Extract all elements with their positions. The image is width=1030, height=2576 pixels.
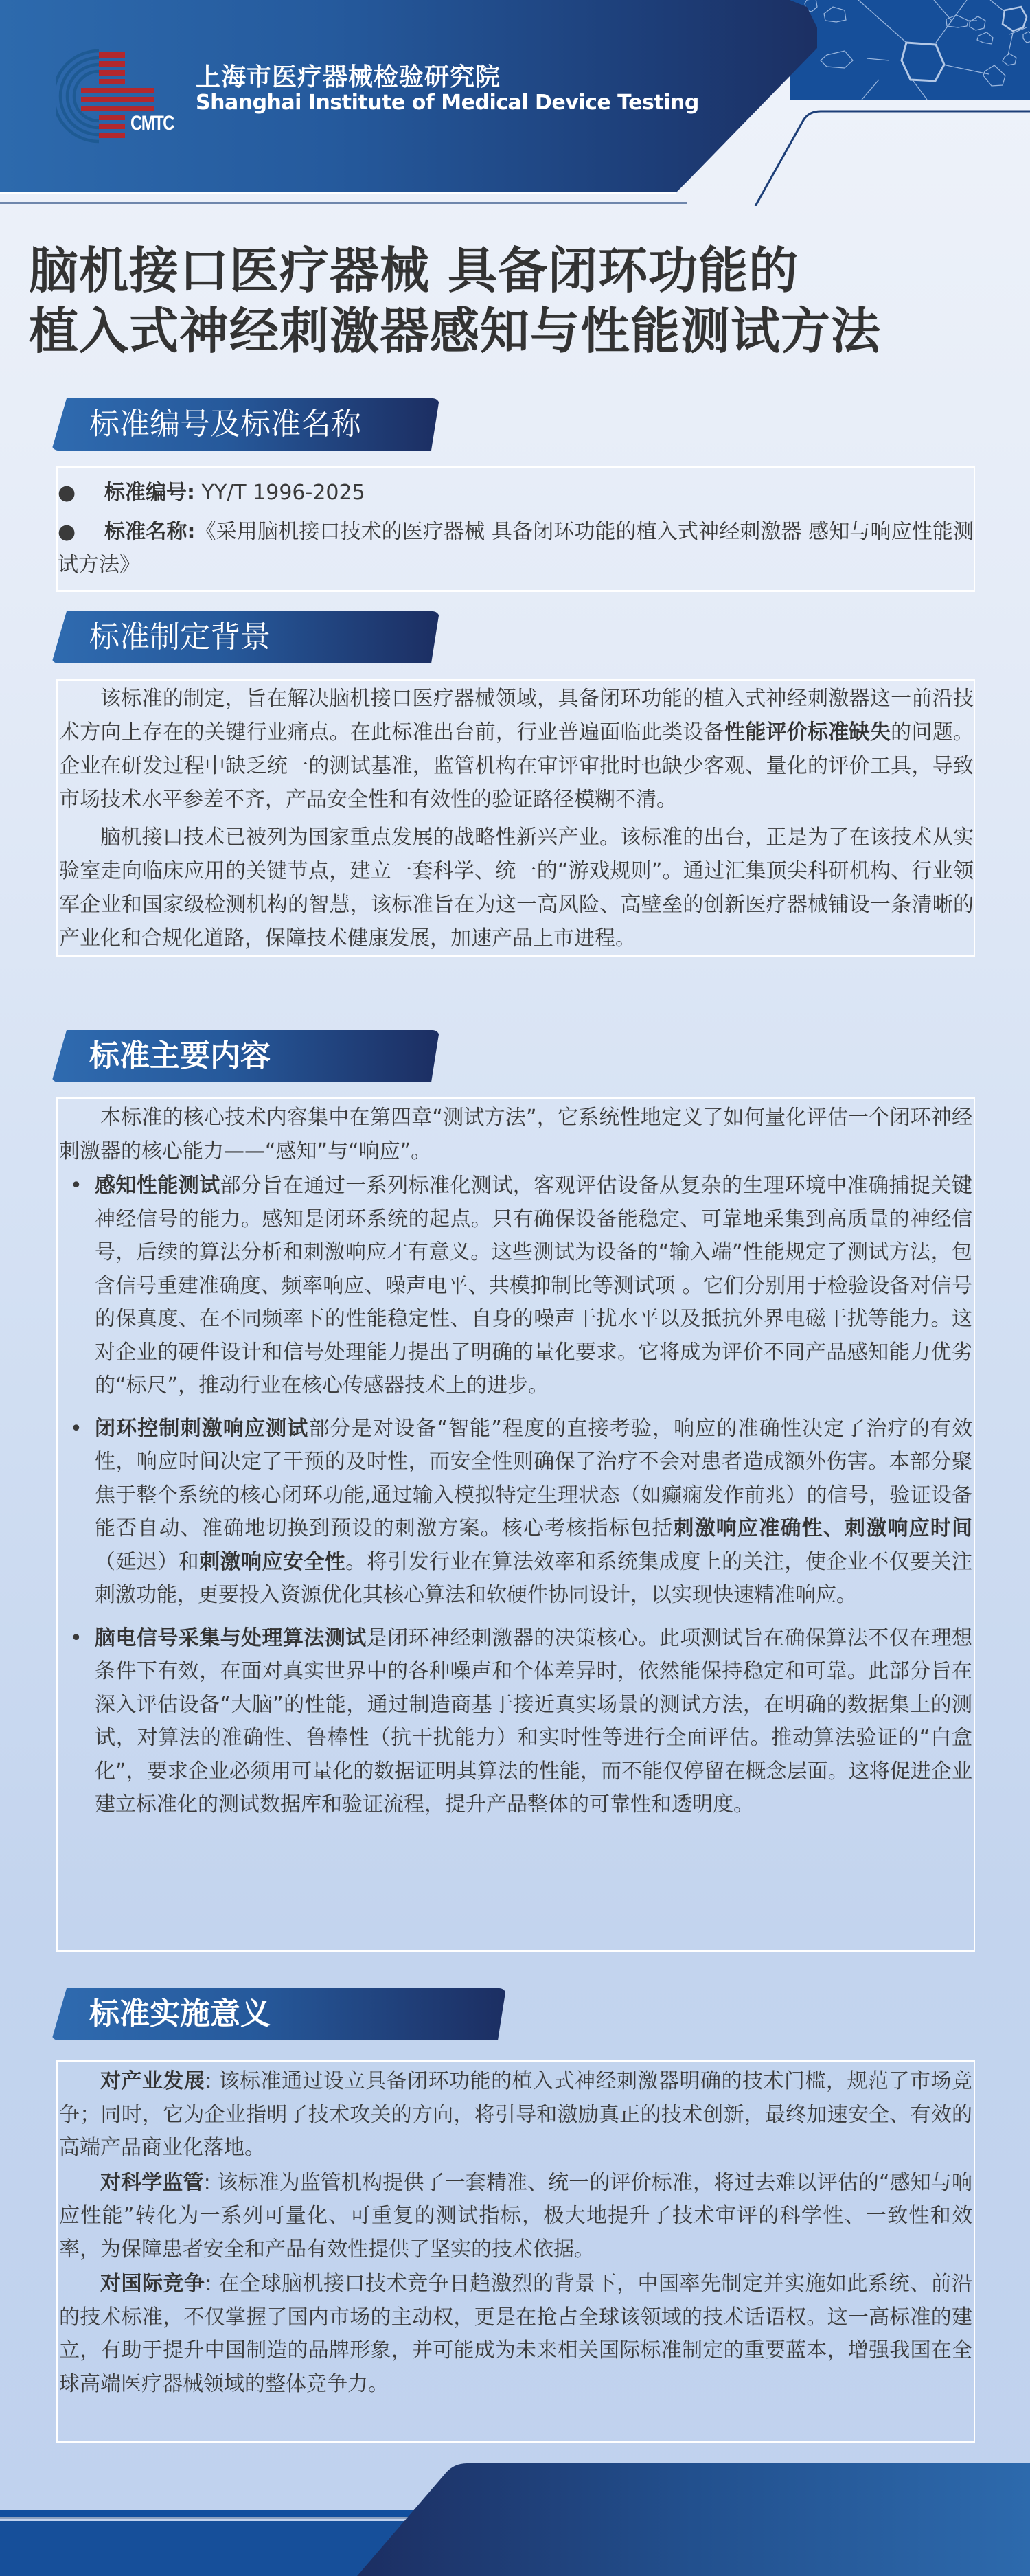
standard-info-box: ● 标准编号: YY/T 1996-2025 ●标准名称:《采用脑机接口技术的医… — [56, 466, 975, 592]
significance-label: 对国际竞争 — [100, 2272, 205, 2296]
standard-name-value: 《采用脑机接口技术的医疗器械 具备闭环功能的植入式神经刺激器 感知与响应性能测试… — [58, 520, 974, 577]
bullet-icon: • — [70, 1622, 82, 1656]
standard-number-label: 标准编号: — [104, 481, 195, 505]
header-divider-curve — [687, 110, 1030, 206]
significance-industry: 对产业发展: 该标准通过设立具备闭环功能的植入式神经刺激器明确的技术门槛，规范了… — [59, 2065, 972, 2165]
page-title-line-2: 植入式神经刺激器感知与性能测试方法 — [29, 301, 1018, 361]
bullet-icon: • — [70, 1413, 82, 1446]
standard-number-value: YY/T 1996-2025 — [195, 481, 365, 505]
page-title: 脑机接口医疗器械 具备闭环功能的 植入式神经刺激器感知与性能测试方法 — [29, 240, 1018, 361]
standard-name-label: 标准名称: — [104, 520, 196, 544]
list-item-sensing-test: • 感知性能测试部分旨在通过一系列标准化测试，客观评估设备从复杂的生理环境中准确… — [59, 1170, 972, 1403]
standard-name-item: ●标准名称:《采用脑机接口技术的医疗器械 具备闭环功能的植入式神经刺激器 感知与… — [58, 516, 974, 582]
section-heading-main-content: 标准主要内容 — [51, 1030, 439, 1082]
highlight-text: 性能评价标准缺失 — [724, 720, 891, 744]
page-title-line-1: 脑机接口医疗器械 具备闭环功能的 — [29, 240, 1018, 301]
bullet-icon: • — [70, 1170, 82, 1203]
institute-name-en: Shanghai Institute of Medical Device Tes… — [196, 91, 699, 115]
background-paragraph-1: 该标准的制定，旨在解决脑机接口医疗器械领域，具备闭环功能的植入式神经刺激器这一前… — [59, 682, 974, 817]
background-paragraph-2: 脑机接口技术已被列为国家重点发展的战略性新兴产业。该标准的出台，正是为了在该技术… — [59, 821, 974, 955]
section-heading-significance: 标准实施意义 — [51, 1988, 506, 2040]
significance-international: 对国际竞争: 在全球脑机接口技术竞争日趋激烈的背景下，中国率先制定并实施如此系统… — [59, 2268, 972, 2401]
bullet-icon: ● — [58, 477, 104, 509]
logo-text: CMTC — [130, 112, 174, 135]
significance-label: 对科学监管 — [100, 2171, 204, 2195]
significance-box: 对产业发展: 该标准通过设立具备闭环功能的植入式神经刺激器明确的技术门槛，规范了… — [56, 2060, 975, 2443]
molecule-hexagon-network-icon — [790, 0, 1030, 100]
bullet-icon: ● — [58, 516, 104, 549]
significance-label: 对产业发展 — [100, 2069, 205, 2093]
section-heading-standard-info: 标准编号及标准名称 — [51, 398, 439, 451]
list-item-eeg-algorithm-test: • 脑电信号采集与处理算法测试是闭环神经刺激器的决策核心。此项测试旨在确保算法不… — [59, 1622, 972, 1822]
main-content-list: • 感知性能测试部分旨在通过一系列标准化测试，客观评估设备从复杂的生理环境中准确… — [59, 1170, 972, 1822]
main-content-intro: 本标准的核心技术内容集中在第四章“测试方法”，它系统性地定义了如何量化评估一个闭… — [59, 1102, 972, 1168]
header-banner: CMTC 上海市医疗器械检验研究院 Shanghai Institute of … — [0, 0, 1030, 199]
background-box: 该标准的制定，旨在解决脑机接口医疗器械领域，具备闭环功能的植入式神经刺激器这一前… — [56, 679, 975, 957]
footer-blue-band — [0, 2459, 1030, 2576]
section-heading-background: 标准制定背景 — [51, 611, 439, 663]
header-under-stripe — [0, 192, 1030, 205]
list-item-closed-loop-test: • 闭环控制刺激响应测试部分是对设备“智能”程度的直接考验，响应的准确性决定了治… — [59, 1413, 972, 1612]
main-content-box: 本标准的核心技术内容集中在第四章“测试方法”，它系统性地定义了如何量化评估一个闭… — [56, 1097, 975, 1952]
molecule-decoration — [790, 0, 1030, 100]
institute-name-cn: 上海市医疗器械检验研究院 — [196, 58, 501, 93]
standard-number-item: ● 标准编号: YY/T 1996-2025 — [58, 477, 974, 509]
significance-regulation: 对科学监管: 该标准为监管机构提供了一套精准、统一的评价标准，将过去难以评估的“… — [59, 2167, 972, 2267]
